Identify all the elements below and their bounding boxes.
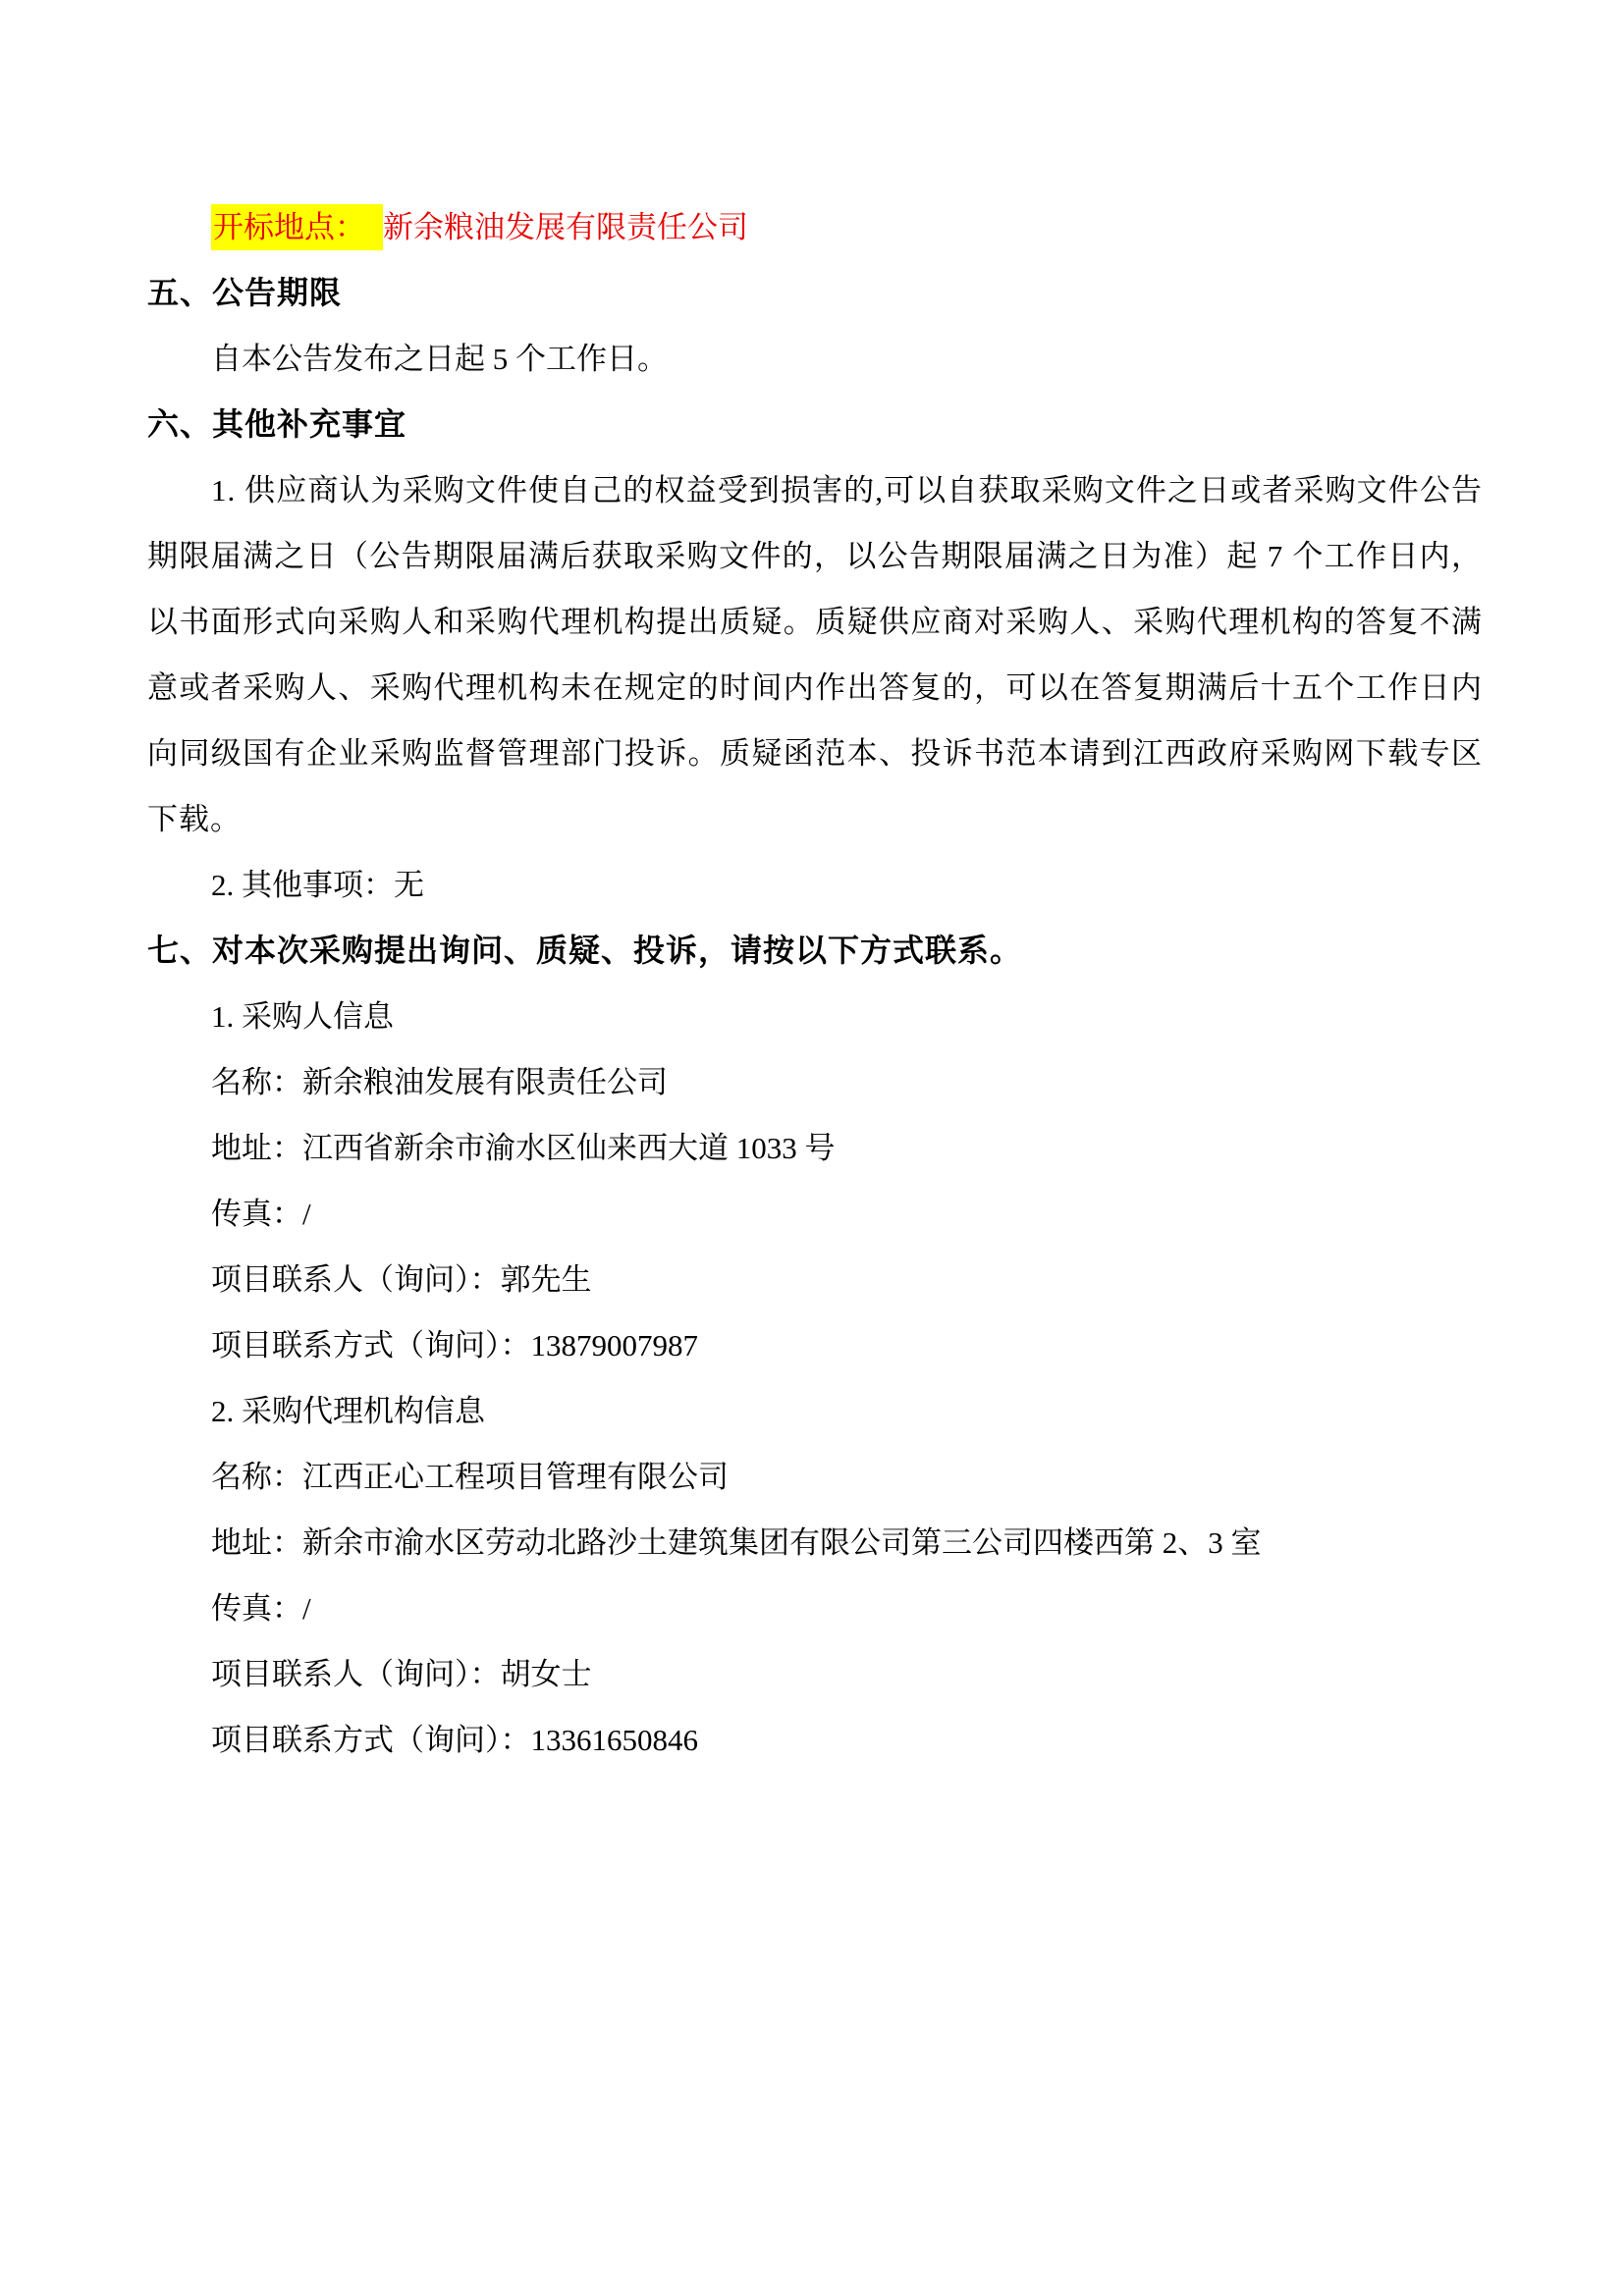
agency-contact-phone: 项目联系方式（询问）：13361650846 [147, 1707, 1483, 1773]
agency-name: 名称：江西正心工程项目管理有限公司 [147, 1444, 1483, 1510]
section6-heading: 六、其他补充事宜 [147, 392, 1483, 457]
agency-address: 地址：新余市渝水区劳动北路沙土建筑集团有限公司第三公司四楼西第 2、3 室 [147, 1510, 1483, 1575]
purchaser-address: 地址：江西省新余市渝水区仙来西大道 1033 号 [147, 1115, 1483, 1181]
purchaser-contact-phone: 项目联系方式（询问）：13879007987 [147, 1312, 1483, 1378]
purchaser-name: 名称：新余粮油发展有限责任公司 [147, 1049, 1483, 1115]
document-page: 开标地点：新余粮油发展有限责任公司 五、公告期限 自本公告发布之日起 5 个工作… [0, 0, 1624, 2296]
section5-body: 自本公告发布之日起 5 个工作日。 [147, 326, 1483, 392]
section5-heading: 五、公告期限 [147, 260, 1483, 326]
section6-item1-paragraph: 1. 供应商认为采购文件使自己的权益受到损害的,可以自获取采购文件之日或者采购文… [147, 457, 1483, 852]
bid-opening-location-label-highlighted: 开标地点： [211, 204, 383, 250]
purchaser-contact-person: 项目联系人（询问）：郭先生 [147, 1247, 1483, 1312]
agency-contact-person: 项目联系人（询问）：胡女士 [147, 1641, 1483, 1707]
opening-location-line: 开标地点：新余粮油发展有限责任公司 [147, 194, 1483, 260]
purchaser-fax: 传真：/ [147, 1181, 1483, 1247]
section6-item2: 2. 其他事项：无 [147, 852, 1483, 918]
bid-opening-location-value: 新余粮油发展有限责任公司 [383, 210, 748, 244]
agency-fax: 传真：/ [147, 1575, 1483, 1641]
agency-info-title: 2. 采购代理机构信息 [147, 1378, 1483, 1444]
section7-heading: 七、对本次采购提出询问、质疑、投诉，请按以下方式联系。 [147, 918, 1483, 984]
purchaser-info-title: 1. 采购人信息 [147, 984, 1483, 1049]
